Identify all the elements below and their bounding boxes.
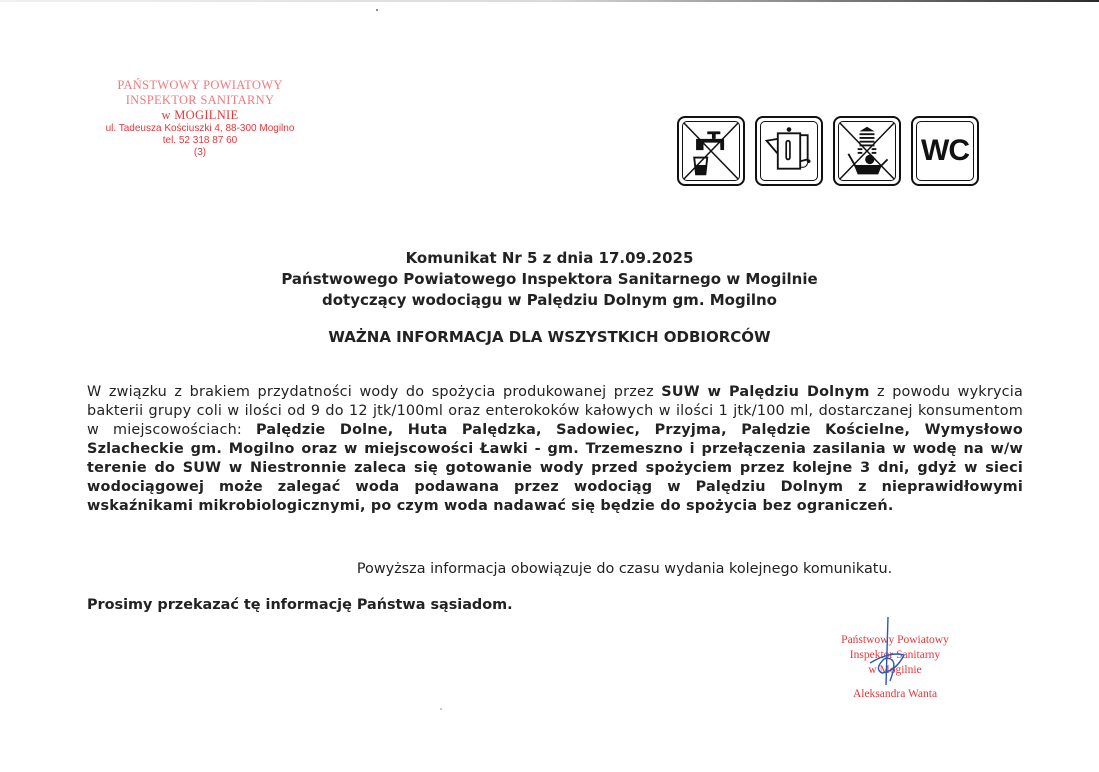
scan-speck	[440, 708, 442, 710]
signature-stamp: Państwowy Powiatowy Inspektor Sanitarny …	[820, 633, 970, 700]
validity-note: Powyższa informacja obowiązuje do czasu …	[0, 561, 1099, 577]
share-request: Prosimy przekazać tę informację Państwa …	[87, 597, 513, 613]
inspector-stamp: PAŃSTWOWY POWIATOWY INSPEKTOR SANITARNY …	[80, 78, 320, 159]
wc-label: WC	[917, 122, 973, 180]
communique-heading: Komunikat Nr 5 z dnia 17.09.2025 Państwo…	[0, 248, 1099, 311]
main-paragraph: W związku z brakiem przydatności wody do…	[87, 383, 1023, 516]
stamp-line-3: w MOGILNIE	[80, 108, 320, 123]
stamp-address: ul. Tadeusza Kościuszki 4, 88-300 Mogiln…	[80, 123, 320, 135]
pictogram-row: WC	[677, 116, 979, 186]
stamp-line-2: INSPEKTOR SANITARNY	[80, 93, 320, 108]
communique-title: Komunikat Nr 5 z dnia 17.09.2025	[0, 248, 1099, 269]
important-notice-heading: WAŻNA INFORMACJA DLA WSZYSTKICH ODBIORCÓ…	[0, 327, 1099, 348]
no-food-washing-icon	[833, 116, 901, 186]
paragraph-text-1: W związku z brakiem przydatności wody do…	[87, 384, 661, 400]
scan-speck	[376, 9, 378, 11]
stamp-line-1: PAŃSTWOWY POWIATOWY	[80, 78, 320, 93]
communique-subject: dotyczący wodociągu w Palędziu Dolnym gm…	[0, 290, 1099, 311]
scan-top-edge	[0, 0, 1099, 2]
no-drinking-tap-water-icon	[677, 116, 745, 186]
stamp-number: (3)	[80, 147, 320, 159]
handwritten-signature-icon	[860, 615, 920, 695]
communique-issuer: Państwowego Powiatowego Inspektora Sanit…	[0, 269, 1099, 290]
paragraph-bold-suw: SUW w Palędziu Dolnym	[661, 384, 869, 400]
stamp-phone: tel. 52 318 87 60	[80, 135, 320, 147]
electric-kettle-boil-icon	[755, 116, 823, 186]
wc-icon: WC	[911, 116, 979, 186]
